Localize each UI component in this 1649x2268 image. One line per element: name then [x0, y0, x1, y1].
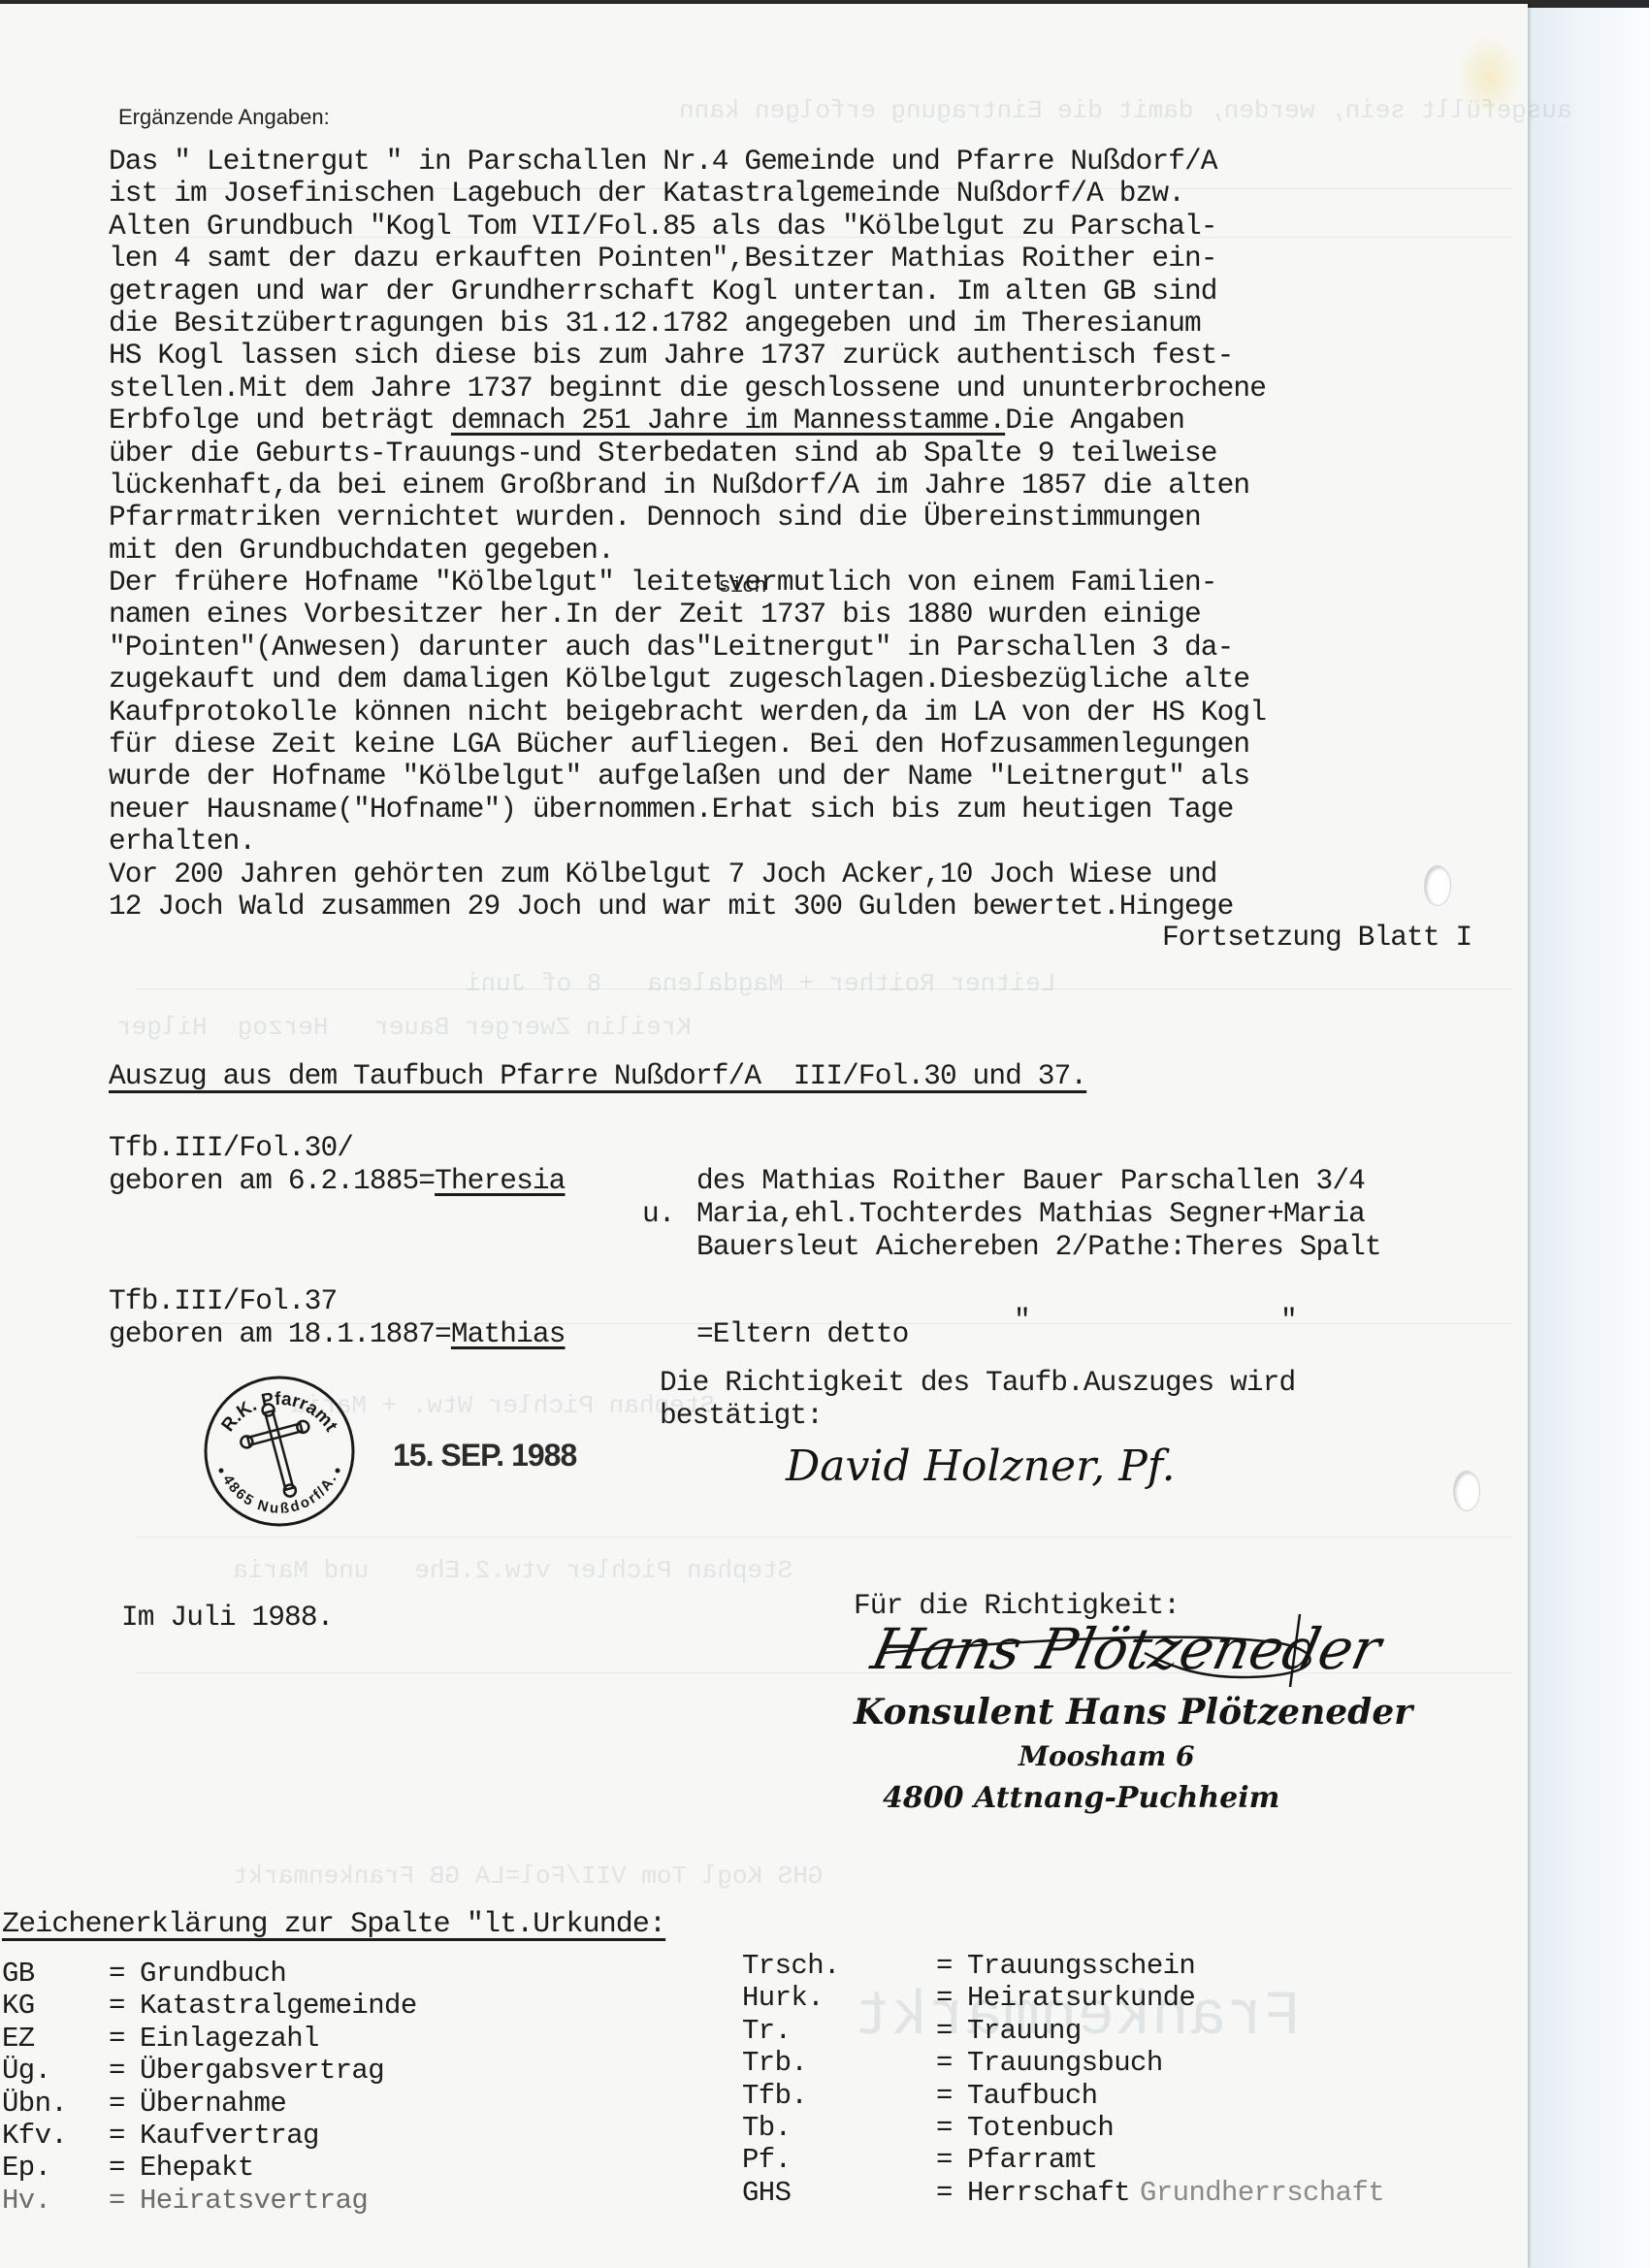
body-line: mit den Grundbuchdaten gegeben.	[109, 535, 1525, 567]
body-line: Alten Grundbuch "Kogl Tom VII/Fol.85 als…	[109, 211, 1525, 243]
legend-abbreviation: Üg.	[2, 2055, 109, 2087]
entry1-ref: Tfb.III/Fol.30/	[109, 1131, 353, 1164]
body-line: "Pointen"(Anwesen) darunter auch das"Lei…	[109, 632, 1525, 664]
body-line: Kaufprotokolle können nicht beigebracht …	[109, 697, 1525, 729]
legend-meaning: Herrschaft	[967, 2177, 1130, 2209]
signer-name: Konsulent Hans Plötzeneder	[854, 1692, 1412, 1733]
legend-equals: =	[936, 2080, 967, 2112]
legend-meaning: Trauung	[967, 2015, 1082, 2047]
supplement-label: Ergänzende Angaben:	[118, 105, 330, 130]
entry1-detail: Bauersleut Aichereben 2/Pathe:Theres Spa…	[696, 1230, 1381, 1263]
legend-equals: =	[109, 1990, 140, 2022]
body-line: Das " Leitnergut " in Parschallen Nr.4 G…	[109, 146, 1525, 178]
legend-equals: =	[936, 2144, 967, 2176]
legend-meaning: Heiratsvertrag	[140, 2185, 368, 2217]
entry1-detail: des Mathias Roither Bauer Parschallen 3/…	[696, 1164, 1365, 1197]
bleed-through-text: ausgefüllt sein, werden, damit die Eintr…	[679, 96, 1572, 125]
legend-meaning-extra: Grundherrschaft	[1140, 2177, 1384, 2209]
legend-abbreviation: EZ	[2, 2023, 109, 2055]
underlined-phrase: demnach 251 Jahre im Mannesstamme.	[451, 404, 1005, 437]
legend-equals: =	[936, 1982, 967, 2014]
legend-abbreviation: Pf.	[742, 2144, 936, 2176]
legend-item: KG=Katastralgemeinde	[2, 1990, 417, 2022]
stamp-date: 15. SEP. 1988	[393, 1438, 576, 1474]
bleed-through-text: Kreilin Zwerger Bauer Herzog Hilger	[116, 1013, 692, 1042]
child-name: Theresia	[435, 1164, 565, 1197]
legend-item: Übn.=Übernahme	[2, 2088, 417, 2120]
legend-meaning: Katastralgemeinde	[140, 1990, 417, 2022]
legend-abbreviation: Tr.	[742, 2015, 936, 2047]
legend-right-column: Trsch.=TrauungsscheinHurk.=Heiratsurkund…	[742, 1950, 1384, 2209]
bleed-through-text: Stephan Pichler vtw.2.Ehe und Maria	[233, 1556, 792, 1585]
legend-item: Ep.=Ehepakt	[2, 2152, 417, 2184]
legend-item: Tr.=Trauung	[742, 2015, 1384, 2047]
legend-equals: =	[109, 1958, 140, 1990]
entry1-detail: Maria,ehl.Tochterdes Mathias Segner+Mari…	[696, 1197, 1365, 1230]
confirmation-text: Die Richtigkeit des Taufb.Auszuges wird	[660, 1366, 1295, 1399]
body-line: Der frühere Hofname "Kölbelgut" leitetsi…	[109, 567, 1525, 599]
body-line: neuer Hausname("Hofname") übernommen.Erh…	[109, 794, 1525, 826]
bleed-through-text: Leitner Roither + Magdalena 8 of Juni	[466, 969, 1056, 998]
legend-equals: =	[109, 2023, 140, 2055]
bleed-through-rule	[136, 988, 1513, 989]
body-line: getragen und war der Grundherrschaft Kog…	[109, 275, 1525, 308]
legend-equals: =	[109, 2185, 140, 2217]
parish-stamp: R.K. Pfarramt 4865 Nußdorf/A.	[202, 1374, 357, 1529]
legend-abbreviation: Übn.	[2, 2088, 109, 2120]
legend-item: Pf.=Pfarramt	[742, 2144, 1384, 2176]
body-line: 12 Joch Wald zusammen 29 Joch und war mi…	[109, 891, 1525, 923]
body-line: HS Kogl lassen sich diese bis zum Jahre …	[109, 340, 1525, 372]
legend-item: GB=Grundbuch	[2, 1958, 417, 1990]
entry2-ref: Tfb.III/Fol.37	[109, 1284, 337, 1317]
legend-meaning: Pfarramt	[967, 2144, 1097, 2176]
body-line: über die Geburts-Trauungs-und Sterbedate…	[109, 437, 1525, 470]
signature-flourish	[873, 1595, 1339, 1701]
body-line: stellen.Mit dem Jahre 1737 beginnt die g…	[109, 373, 1525, 405]
signer-address-street: Moosham 6	[1018, 1740, 1194, 1772]
legend-equals: =	[109, 2120, 140, 2152]
legend-meaning: Einlagezahl	[140, 2023, 319, 2055]
body-line: für diese Zeit keine LGA Bücher aufliege…	[109, 729, 1525, 761]
legend-item: Üg.=Übergabsvertrag	[2, 2055, 417, 2087]
body-line: Vor 200 Jahren gehörten zum Kölbelgut 7 …	[109, 859, 1525, 891]
legend-equals: =	[936, 2015, 967, 2047]
legend-equals: =	[936, 1950, 967, 1982]
body-line: erhalten.	[109, 826, 1525, 858]
birth-date: geboren am 6.2.1885=	[109, 1164, 435, 1197]
legend-meaning: Übernahme	[140, 2088, 286, 2120]
bleed-through-text: GHS Kogl Tom VII/Fol=LA GB Frankenmarkt	[233, 1862, 824, 1891]
legend-equals: =	[109, 2152, 140, 2184]
supplement-body: Das " Leitnergut " in Parschallen Nr.4 G…	[109, 146, 1525, 923]
confirmation-text: bestätigt:	[660, 1399, 823, 1432]
legend-meaning: Kaufvertrag	[140, 2120, 319, 2152]
legend-item: Hurk.=Heiratsurkunde	[742, 1982, 1384, 2014]
legend-equals: =	[936, 2177, 967, 2209]
body-line: namen eines Vorbesitzer her.In der Zeit …	[109, 599, 1525, 631]
text-fragment: vermutlich von einem Familien-	[728, 566, 1217, 599]
ditto-mark: "	[1014, 1304, 1030, 1337]
legend-item: Tb.=Totenbuch	[742, 2112, 1384, 2144]
extract-heading: Auszug aus dem Taufbuch Pfarre Nußdorf/A…	[109, 1059, 1086, 1092]
legend-equals: =	[109, 2055, 140, 2087]
continuation-note: Fortsetzung Blatt I	[1162, 921, 1471, 954]
body-line: die Besitzübertragungen bis 31.12.1782 a…	[109, 308, 1525, 340]
body-line: Erbfolge und beträgt demnach 251 Jahre i…	[109, 405, 1525, 437]
priest-signature: David Holzner, Pf.	[786, 1442, 1176, 1491]
legend-item: EZ=Einlagezahl	[2, 2023, 417, 2055]
legend-equals: =	[936, 2047, 967, 2079]
legend-equals: =	[936, 2112, 967, 2144]
signer-address-city: 4800 Attnang-Puchheim	[883, 1781, 1279, 1815]
body-line: ist im Josefinischen Lagebuch der Katast…	[109, 178, 1525, 210]
legend-equals: =	[109, 2088, 140, 2120]
legend-item: GHS=HerrschaftGrundherrschaft	[742, 2177, 1384, 2209]
bleed-through-rule	[136, 1537, 1513, 1538]
legend-meaning: Taufbuch	[967, 2080, 1097, 2112]
birth-date: geboren am 18.1.1887=	[109, 1317, 451, 1350]
entry2-detail: =Eltern detto	[696, 1317, 908, 1350]
legend-abbreviation: Hurk.	[742, 1982, 936, 2014]
legend-item: Kfv.=Kaufvertrag	[2, 2120, 417, 2152]
place-date-line: Im Juli 1988.	[121, 1601, 333, 1634]
legend-item: Trb.=Trauungsbuch	[742, 2047, 1384, 2079]
legend-meaning: Ehepakt	[140, 2152, 254, 2184]
legend-item: Hv.=Heiratsvertrag	[2, 2185, 417, 2217]
text-fragment: Der frühere Hofname "Kölbelgut" leitet	[109, 566, 728, 599]
body-line: Pfarrmatriken vernichtet wurden. Dennoch…	[109, 502, 1525, 534]
legend-abbreviation: GHS	[742, 2177, 936, 2209]
legend-abbreviation: Tfb.	[742, 2080, 936, 2112]
legend-abbreviation: GB	[2, 1958, 109, 1990]
legend-meaning: Totenbuch	[967, 2112, 1114, 2144]
body-line: len 4 samt der dazu erkauften Pointen",B…	[109, 243, 1525, 275]
entry2-birth: geboren am 18.1.1887=Mathias	[109, 1317, 566, 1350]
paper-stain	[1455, 33, 1523, 120]
legend-meaning: Übergabsvertrag	[140, 2055, 384, 2087]
legend-meaning: Trauungsbuch	[967, 2047, 1163, 2079]
document-page: ausgefüllt sein, werden, damit die Eintr…	[0, 4, 1528, 2268]
body-line: wurde der Hofname "Kölbelgut" aufgelaßen…	[109, 761, 1525, 793]
legend-abbreviation: Trsch.	[742, 1950, 936, 1982]
ditto-mark: "	[1280, 1304, 1297, 1337]
legend-heading: Zeichenerklärung zur Spalte "lt.Urkunde:	[2, 1908, 665, 1941]
legend-left-column: GB=GrundbuchKG=KatastralgemeindeEZ=Einla…	[2, 1958, 417, 2217]
legend-abbreviation: KG	[2, 1990, 109, 2022]
legend-abbreviation: Tb.	[742, 2112, 936, 2144]
punch-hole	[1453, 1471, 1480, 1511]
scanner-backdrop	[1528, 8, 1649, 2268]
legend-meaning: Trauungsschein	[967, 1950, 1195, 1982]
entry1-conj: u.	[642, 1197, 675, 1230]
text-fragment: Die Angaben	[1005, 404, 1184, 437]
legend-abbreviation: Hv.	[2, 2185, 109, 2217]
legend-meaning: Grundbuch	[140, 1958, 286, 1990]
text-fragment: Erbfolge und beträgt	[109, 404, 451, 437]
inserted-word-text: sich	[719, 570, 766, 602]
child-name: Mathias	[451, 1317, 566, 1350]
legend-item: Tfb.=Taufbuch	[742, 2080, 1384, 2112]
legend-abbreviation: Trb.	[742, 2047, 936, 2079]
legend-meaning: Heiratsurkunde	[967, 1982, 1195, 2014]
body-line: zugekauft und dem damaligen Kölbelgut zu…	[109, 664, 1525, 696]
legend-item: Trsch.=Trauungsschein	[742, 1950, 1384, 1982]
legend-abbreviation: Ep.	[2, 2152, 109, 2184]
body-line: lückenhaft,da bei einem Großbrand in Nuß…	[109, 470, 1525, 502]
entry1-birth: geboren am 6.2.1885=Theresia	[109, 1164, 566, 1197]
legend-abbreviation: Kfv.	[2, 2120, 109, 2152]
